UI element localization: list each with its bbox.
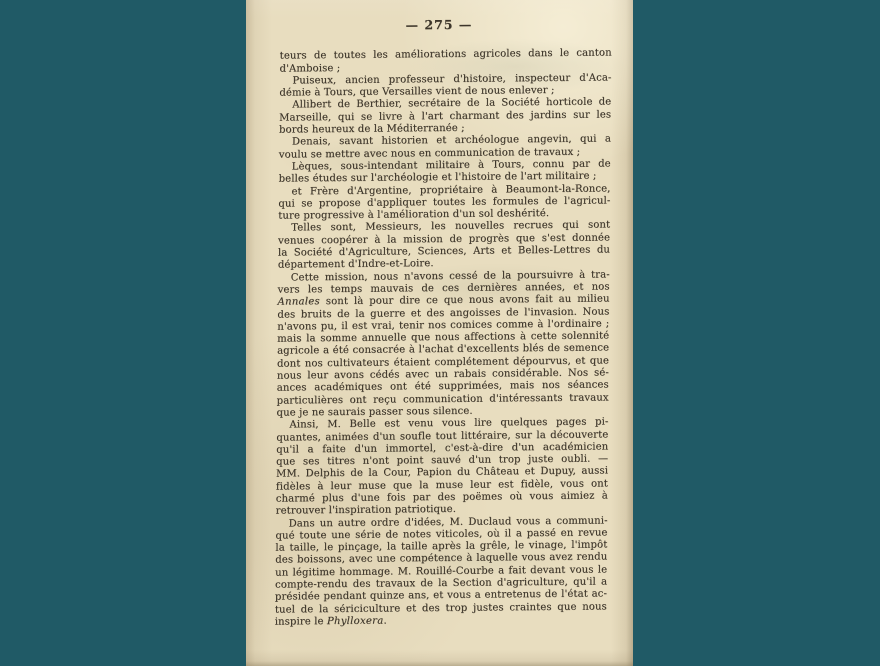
text-line: inspire le Phylloxera.: [275, 613, 607, 628]
paragraph: Dans un autre ordre d'idées, M. Duclaud …: [275, 515, 608, 629]
page-number-header: — 275 —: [273, 17, 605, 32]
paragraph: Allibert de Berthier, secrétaire de la S…: [279, 97, 611, 137]
paragraph: Telles sont, Messieurs, les nouvelles re…: [278, 220, 610, 272]
paragraph: Cette mission, nous n'avons cessé de la …: [276, 269, 609, 420]
page-content: — 275 — teurs de toutes les amélioration…: [275, 17, 612, 628]
paragraph: et Frère d'Argentine, propriétaire à Bea…: [278, 183, 610, 223]
paragraph: Denais, savant historien et archéologue …: [279, 134, 611, 162]
scanned-page: — 275 — teurs de toutes les amélioration…: [246, 0, 633, 666]
page-body-text: teurs de toutes les améliorations agrico…: [275, 48, 612, 629]
paragraph: teurs de toutes les améliorations agrico…: [280, 48, 612, 76]
paragraph: Ainsi, M. Belle est venu vous lire quelq…: [276, 417, 609, 519]
paragraph: Lèques, sous-intendant militaire à Tours…: [279, 158, 611, 186]
photo-backdrop: — 275 — teurs de toutes les amélioration…: [0, 0, 880, 666]
